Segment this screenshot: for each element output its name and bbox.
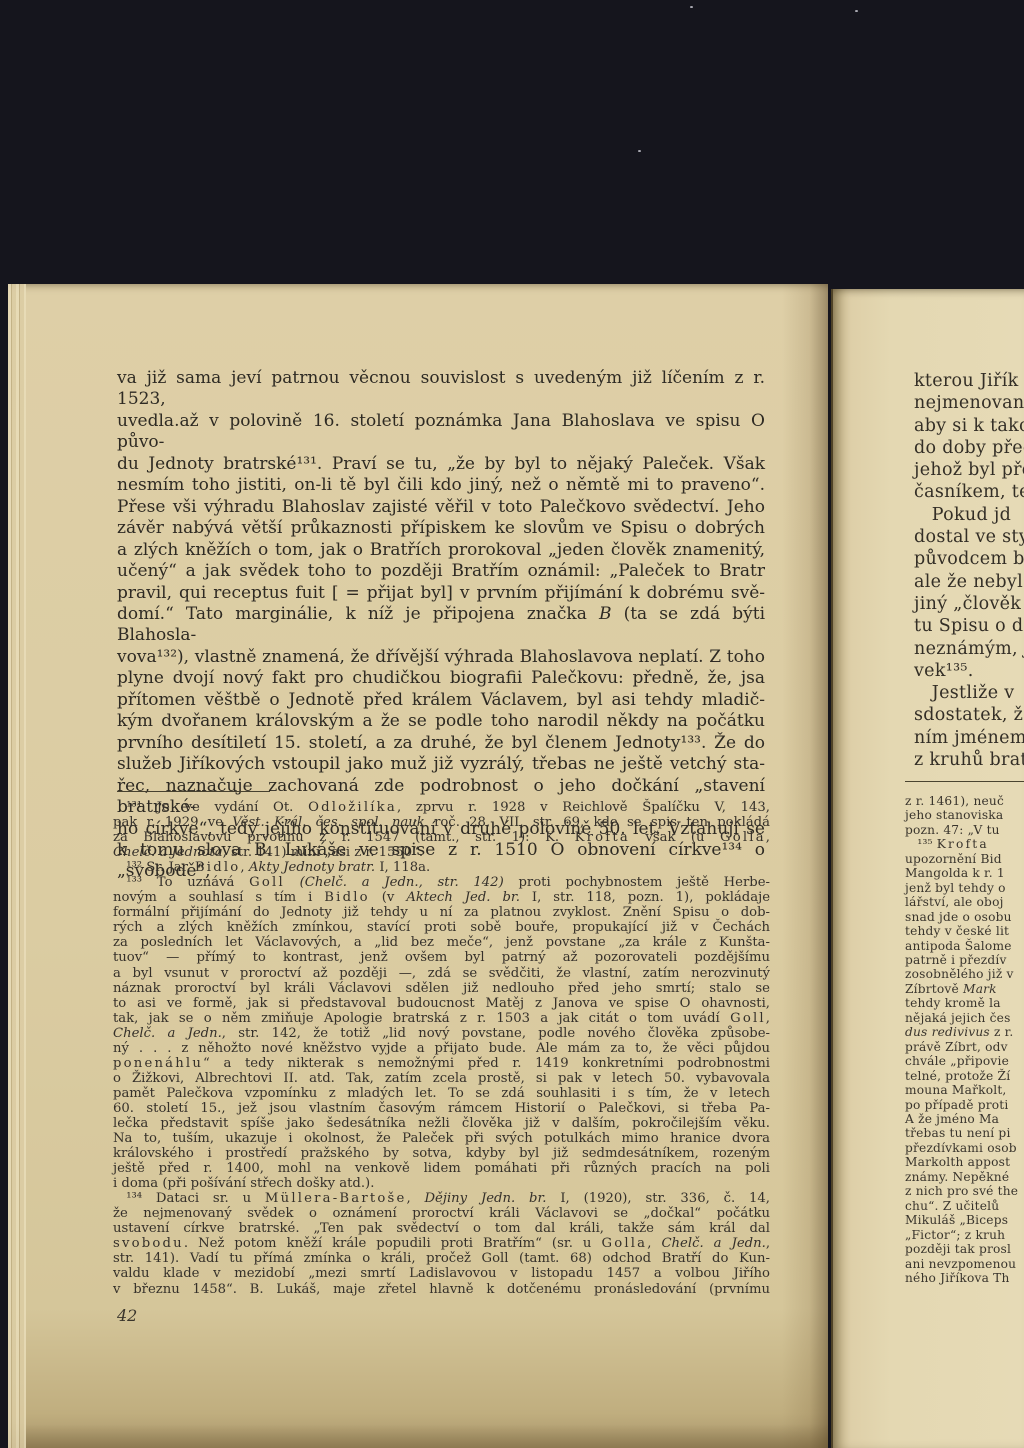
right-footnote-line: tehdy kromě la bbox=[905, 996, 1024, 1010]
right-footnote-line: ani nevzpomenou bbox=[905, 1257, 1024, 1271]
footnote-line: tak, jak se o něm zmiňuje Apologie bratr… bbox=[113, 1011, 770, 1026]
footnote-131: ¹³¹ Je ve vydání Ot. Odložilíka, zprvu r… bbox=[113, 800, 770, 860]
footnote-line: Chelč. a Jedn., str. 142, že totiž „lid … bbox=[113, 1026, 770, 1041]
right-page-footnotes: z r. 1461), neučjeho stanoviskapozn. 47:… bbox=[905, 794, 1024, 1285]
footnote-line: i doma (při pošívání střech došky atd.). bbox=[113, 1176, 770, 1191]
footnote-line: novým a souhlasí s tím i Bidlo (v Aktech… bbox=[113, 890, 770, 905]
right-footnote-line: Mikuláš „Biceps bbox=[905, 1213, 1024, 1227]
dust-speck bbox=[638, 150, 641, 152]
right-footnote-line: „Fictor“; z kruh bbox=[905, 1228, 1024, 1242]
right-text-line: časníkem, ted bbox=[914, 481, 1024, 503]
right-page-main-text: kterou Jiřík dnejmenovanéaby si k takovd… bbox=[914, 370, 1024, 771]
footnote-line: za posledních let Václavových, a „lid be… bbox=[113, 935, 770, 950]
right-footnote-line: chvále „připovie bbox=[905, 1054, 1024, 1068]
footnote-line: svobodu. Než potom kněží krále popudili … bbox=[113, 1236, 770, 1251]
right-text-line: Jestliže v bbox=[914, 682, 1024, 704]
right-text-line: jehož byl pře bbox=[914, 459, 1024, 481]
right-footnote-line: nějaká jejich čes bbox=[905, 1011, 1024, 1025]
right-footnote-separator bbox=[905, 781, 1024, 782]
right-footnote-line: mouna Mařkolt, bbox=[905, 1083, 1024, 1097]
right-footnote-line: ¹³⁵ Krofta bbox=[905, 837, 1024, 851]
right-text-line: neznámým, je bbox=[914, 638, 1024, 660]
main-text-line: uvedla.až v polovině 16. století poznámk… bbox=[117, 411, 765, 454]
main-text-line: přítomen věštbě o Jednotě před králem Vá… bbox=[117, 690, 765, 711]
footnote-line: ustavení církve bratrské. „Ten pak svěde… bbox=[113, 1221, 770, 1236]
footnote-line: ný . . . z něhožto nové kněžstvo vyjde a… bbox=[113, 1041, 770, 1056]
main-text-line: domí.“ Tato marginálie, k níž je připoje… bbox=[117, 604, 765, 647]
right-text-line: kterou Jiřík d bbox=[914, 370, 1024, 392]
footnote-line: v březnu 1458“. B. Lukáš, maje zřetel hl… bbox=[113, 1282, 770, 1297]
right-text-line: sdostatek, že bbox=[914, 704, 1024, 726]
footnote-line: Chelč. a Jednota, str. 141) míní „asi z … bbox=[113, 845, 770, 860]
main-text-line: kým dvořanem královským a že se podle to… bbox=[117, 711, 765, 732]
right-text-line: původcem by bbox=[914, 548, 1024, 570]
main-text-line: vova¹³²), vlastně znamená, že dřívější v… bbox=[117, 647, 765, 668]
right-footnote-line: patrně i přezdív bbox=[905, 953, 1024, 967]
dust-speck bbox=[855, 10, 858, 12]
footnote-line: formální přijímání do Jednoty již tehdy … bbox=[113, 905, 770, 920]
right-text-line: do doby před bbox=[914, 437, 1024, 459]
right-footnote-line: Zíbrtově Mark bbox=[905, 982, 1024, 996]
main-text-line: závěr nabývá větší průkaznosti přípiskem… bbox=[117, 518, 765, 539]
footnote-line: 60. století 15., jež jsou vlastním časov… bbox=[113, 1101, 770, 1116]
footnote-133: ¹³³ To uznává Goll (Chelč. a Jedn., str.… bbox=[113, 875, 770, 1191]
right-footnote-line: ného Jiříkova Th bbox=[905, 1271, 1024, 1285]
right-footnote-line: upozornění Bid bbox=[905, 852, 1024, 866]
footnote-line: že nejmenovaný svědek o oznámení proroct… bbox=[113, 1206, 770, 1221]
footnote-line: to asi ve formě, jak si představoval bud… bbox=[113, 996, 770, 1011]
footnote-134: ¹³⁴ Dataci sr. u Müllera-Bartoše, Dějiny… bbox=[113, 1191, 770, 1296]
footnote-line: ještě před r. 1400, mohl na venkově lide… bbox=[113, 1161, 770, 1176]
main-text-line: pravil, qui receptus fuit [ = přijat byl… bbox=[117, 583, 765, 604]
footnote-line: ¹³¹ Je ve vydání Ot. Odložilíka, zprvu r… bbox=[113, 800, 770, 815]
main-text-line: va již sama jeví patrnou věcnou souvislo… bbox=[117, 368, 765, 411]
right-text-line: vek¹³⁵. bbox=[914, 660, 1024, 682]
footnote-line: ¹³⁴ Dataci sr. u Müllera-Bartoše, Dějiny… bbox=[113, 1191, 770, 1206]
right-text-line: Pokud jd bbox=[914, 504, 1024, 526]
main-text-line: služeb Jiříkových vstoupil jako muž již … bbox=[117, 754, 765, 775]
right-footnote-line: právě Zíbrt, odv bbox=[905, 1040, 1024, 1054]
right-text-line: ním jménem bbox=[914, 727, 1024, 749]
right-footnote-line: z r. 1461), neuč bbox=[905, 794, 1024, 808]
footnote-132: ¹³² Sr. Jar. Bidlo, Akty Jednoty bratr. … bbox=[113, 860, 770, 875]
footnote-line: a byl vsunut v proroctví až později —, z… bbox=[113, 966, 770, 981]
page-bottom-shadow bbox=[8, 1424, 828, 1448]
right-footnote-line: A že jméno Ma bbox=[905, 1112, 1024, 1126]
right-footnote-line: Markolth appost bbox=[905, 1155, 1024, 1169]
footnote-line: rých a zlých kněžích zmínkou, stavící pr… bbox=[113, 920, 770, 935]
footnote-line: ¹³² Sr. Jar. Bidlo, Akty Jednoty bratr. … bbox=[113, 860, 770, 875]
footnote-line: za Blahoslavovu prvotinu z r. 1547 (tamt… bbox=[113, 830, 770, 845]
main-text-line: plyne dvojí nový fakt pro chudičkou biog… bbox=[117, 668, 765, 689]
right-text-line: aby si k takov bbox=[914, 415, 1024, 437]
footnote-line: ponenáhlu“ a tedy nikterak s nemožnými p… bbox=[113, 1056, 770, 1071]
right-footnote-line: pozn. 47: „V tu bbox=[905, 823, 1024, 837]
right-footnote-line: známy. Nepěkné bbox=[905, 1170, 1024, 1184]
footnote-line: náznak proroctví byl králi Václavovi sdě… bbox=[113, 981, 770, 996]
right-footnote-line: telné, protože Ží bbox=[905, 1069, 1024, 1083]
right-text-line: z kruhů bratrs bbox=[914, 749, 1024, 771]
page-number: 42 bbox=[117, 1306, 137, 1325]
footnote-line: pamět Palečkova vzpomínku z mladých let.… bbox=[113, 1086, 770, 1101]
footnote-line: pak r. 1929 ve Věst. Král. čes. spol. na… bbox=[113, 815, 770, 830]
footnote-line: str. 141). Vadí tu přímá zmínka o králi,… bbox=[113, 1251, 770, 1266]
right-footnote-line: jeho stanoviska bbox=[905, 808, 1024, 822]
right-footnote-line: snad jde o osobu bbox=[905, 910, 1024, 924]
right-footnote-line: Mangolda k r. 1 bbox=[905, 866, 1024, 880]
right-page: kterou Jiřík dnejmenovanéaby si k takovd… bbox=[831, 289, 1024, 1448]
right-text-line: tu Spisu o dob bbox=[914, 615, 1024, 637]
right-text-line: nejmenované bbox=[914, 392, 1024, 414]
right-text-line: jiný „člověk z bbox=[914, 593, 1024, 615]
right-footnote-line: třebas tu není pi bbox=[905, 1126, 1024, 1140]
right-footnote-line: po případě proti bbox=[905, 1098, 1024, 1112]
footnote-line: Na to, tuším, ukazuje i okolnost, že Pal… bbox=[113, 1131, 770, 1146]
main-text-line: du Jednoty bratrské¹³¹. Praví se tu, „že… bbox=[117, 454, 765, 475]
right-text-line: ale že nebyl sá bbox=[914, 571, 1024, 593]
main-text-line: učený“ a jak svědek toho to později Brat… bbox=[117, 561, 765, 582]
book-scan-photo: va již sama jeví patrnou věcnou souvislo… bbox=[0, 0, 1024, 1448]
right-footnote-line: zosobnělého již v bbox=[905, 967, 1024, 981]
main-text-line: Přese vši výhradu Blahoslav zajisté věři… bbox=[117, 497, 765, 518]
left-page: va již sama jeví patrnou věcnou souvislo… bbox=[8, 284, 828, 1448]
right-footnote-line: později tak prosl bbox=[905, 1242, 1024, 1256]
right-footnote-line: tehdy v české lit bbox=[905, 924, 1024, 938]
right-text-line: dostal ve styl bbox=[914, 526, 1024, 548]
right-footnote-line: z nich pro své the bbox=[905, 1184, 1024, 1198]
footnote-line: tuov“ — přímý to kontrast, jenž ovšem by… bbox=[113, 950, 770, 965]
main-text-line: prvního desítiletí 15. století, a za dru… bbox=[117, 733, 765, 754]
footnote-line: o Žižkovi, Albrechtovi II. atd. Tak, zat… bbox=[113, 1071, 770, 1086]
right-footnote-line: dus redivivus z r. bbox=[905, 1025, 1024, 1039]
dust-speck bbox=[690, 6, 693, 8]
main-text-line: nesmím toho jistiti, on-li tě byl čili k… bbox=[117, 475, 765, 496]
footnotes: ¹³¹ Je ve vydání Ot. Odložilíka, zprvu r… bbox=[113, 800, 770, 1297]
footnote-separator bbox=[117, 791, 270, 792]
right-footnote-line: chu“. Z učitelů bbox=[905, 1199, 1024, 1213]
footnote-line: královského i prostředí pražského by sot… bbox=[113, 1146, 770, 1161]
right-footnote-line: lářství, ale oboj bbox=[905, 895, 1024, 909]
main-text-line: a zlých kněžích o tom, jak o Bratřích pr… bbox=[117, 540, 765, 561]
right-footnote-line: jenž byl tehdy o bbox=[905, 881, 1024, 895]
footnote-line: ¹³³ To uznává Goll (Chelč. a Jedn., str.… bbox=[113, 875, 770, 890]
right-footnote-line: antipoda Šalome bbox=[905, 939, 1024, 953]
footnote-line: valdu klade v mezidobí „mezi smrtí Ladis… bbox=[113, 1266, 770, 1281]
right-footnote-line: přezdívkami osob bbox=[905, 1141, 1024, 1155]
footnote-line: lečka představit spíše jako šedesátníka … bbox=[113, 1116, 770, 1131]
